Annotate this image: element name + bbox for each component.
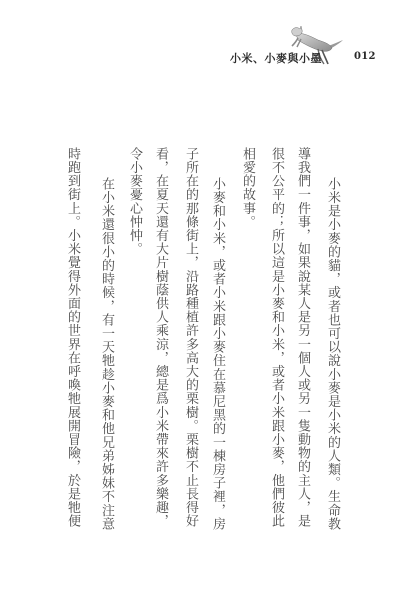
text-column-7: 看，在夏天還有大片樹蔭供人乘涼，總是爲小米帶來許多樂趣， <box>152 147 168 528</box>
text-column-9: 在小米還很小的時候，有一天牠趁小麥和他兄弟姊妹不注意 <box>98 177 114 531</box>
book-page: 小米、小麥與小墨 012 小米是小麥的貓，或者也可以說小麥是小米的人類。生命教 … <box>0 0 416 600</box>
text-column-1: 小米是小麥的貓，或者也可以說小麥是小米的人類。生命教 <box>324 177 340 531</box>
text-column-5: 小麥和小米，或者小米跟小麥住在慕尼黑的一棟房子裡，房 <box>209 177 225 531</box>
text-column-3: 很不公平的；所以這是小麥和小米，或者小米跟小麥，他們彼此 <box>268 147 284 528</box>
text-column-4: 相愛的故事。 <box>239 147 255 229</box>
page-number: 012 <box>354 51 376 62</box>
text-column-6: 子所在的那條街上，沿路種植許多高大的栗樹。栗樹不止長得好 <box>182 147 198 528</box>
text-column-8: 令小麥憂心忡忡。 <box>126 147 142 256</box>
text-column-10: 時跑到街上。小米覺得外面的世界在呼喚牠展開冒險，於是牠便 <box>64 147 80 528</box>
text-column-2: 導我們一件事，如果說某人是另一個人或另一隻動物的主人，是 <box>294 147 310 528</box>
running-header-title: 小米、小麥與小墨 <box>230 50 322 66</box>
